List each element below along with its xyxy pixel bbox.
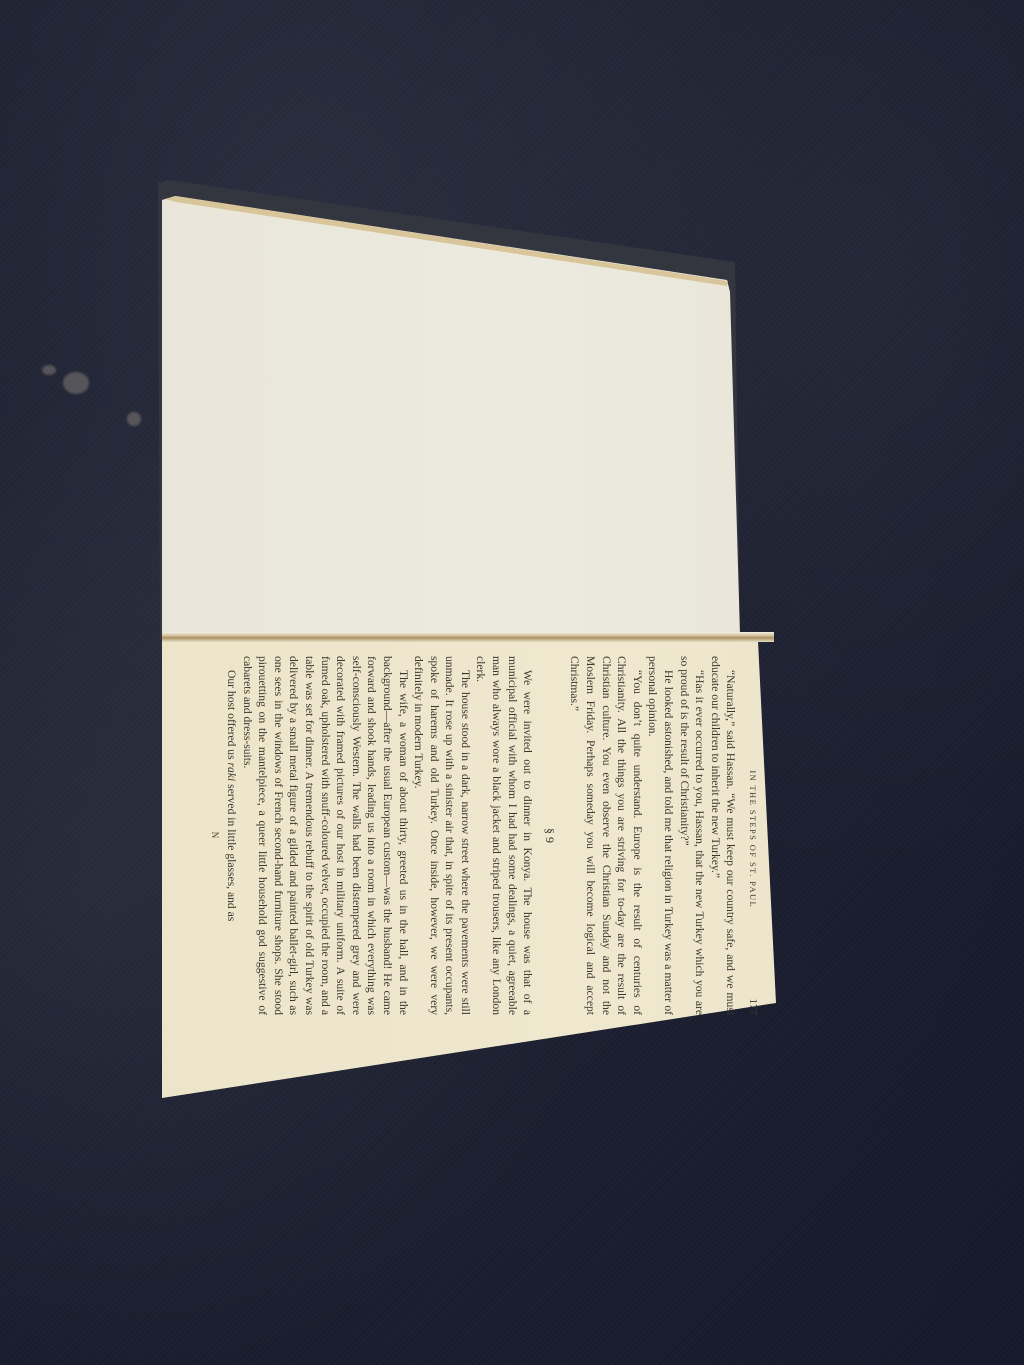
running-head-title: IN THE STEPS OF ST. PAUL xyxy=(744,680,760,999)
paragraph-last-line: Our host offered us raki served in littl… xyxy=(223,656,239,1015)
signature-mark: N xyxy=(207,656,223,1015)
text-run: served in little glasses, and as xyxy=(225,781,238,921)
cloth-stain xyxy=(127,412,141,426)
running-head: IN THE STEPS OF ST. PAUL 177 xyxy=(744,656,760,1015)
paragraph: We were invited out to dinner in Konya. … xyxy=(473,656,535,1015)
page-number: 177 xyxy=(744,999,760,1016)
paragraph: “Naturally,” said Hassan. “We must keep … xyxy=(707,656,738,1015)
paragraph: The house stood in a dark, narrow street… xyxy=(411,656,473,1015)
paragraph: “You don’t quite understand. Europe is t… xyxy=(567,656,645,1015)
cloth-stain xyxy=(42,365,56,375)
section-heading: § 9 xyxy=(541,656,557,1015)
italic-word: raki xyxy=(225,763,238,782)
paragraph: The wife, a woman of about thirty, greet… xyxy=(239,656,411,1015)
page-text: IN THE STEPS OF ST. PAUL 177 “Naturally,… xyxy=(215,648,760,1023)
page-text-frame: IN THE STEPS OF ST. PAUL 177 “Naturally,… xyxy=(215,648,760,1028)
paragraph: “Has it ever occurred to you, Hassan, th… xyxy=(676,656,707,1015)
paragraph: He looked astonished, and told me that r… xyxy=(645,656,676,1015)
cloth-stain xyxy=(63,372,89,394)
text-run: Our host offered us xyxy=(225,670,238,763)
book-gutter xyxy=(162,632,774,642)
